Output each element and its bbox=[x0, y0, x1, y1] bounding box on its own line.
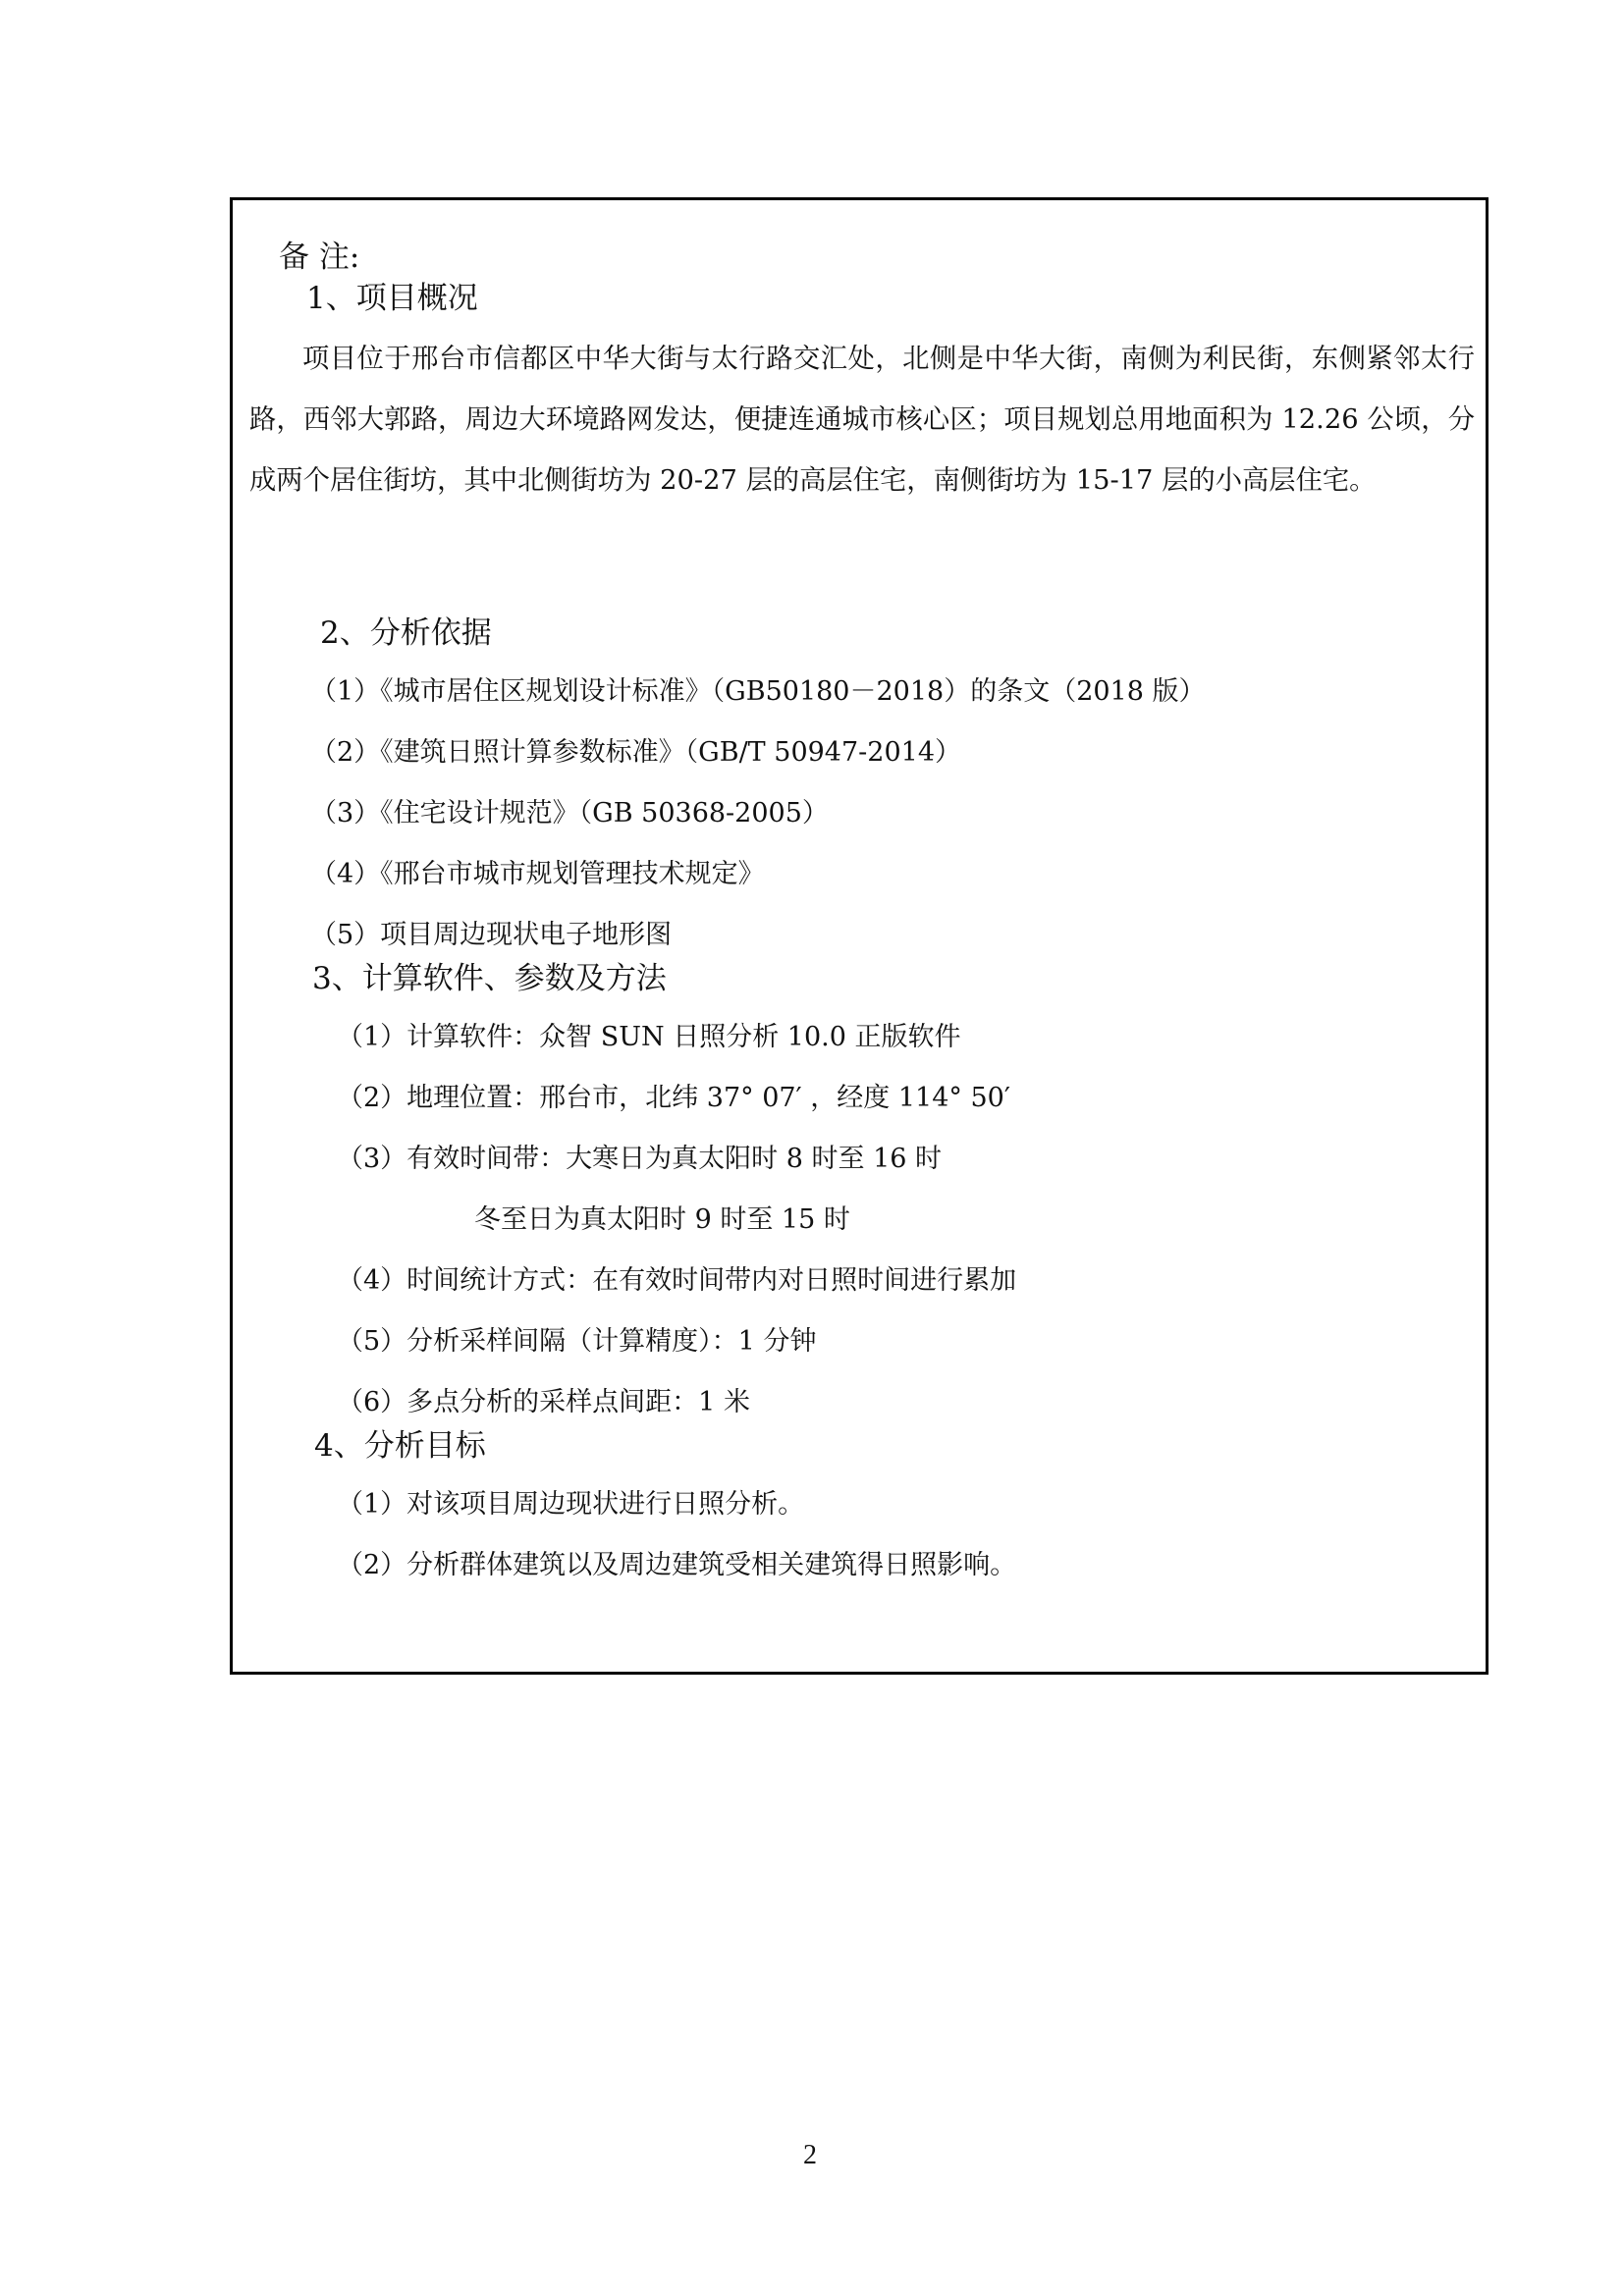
method-item-2: （2）地理位置：邢台市，北纬 37° 07′ ，经度 114° 50′ bbox=[337, 1082, 1010, 1115]
section-1-heading: 1、项目概况 bbox=[306, 280, 478, 317]
method-item-6: （6）多点分析的采样点间距：1 米 bbox=[337, 1386, 750, 1419]
method-item-1: （1）计算软件：众智 SUN 日照分析 10.0 正版软件 bbox=[337, 1021, 961, 1054]
goal-item-2: （2）分析群体建筑以及周边建筑受相关建筑得日照影响。 bbox=[337, 1549, 1016, 1582]
section-3-heading: 3、计算软件、参数及方法 bbox=[312, 960, 667, 997]
method-item-3: （3）有效时间带：大寒日为真太阳时 8 时至 16 时 bbox=[337, 1143, 942, 1176]
basis-item-3: （3）《住宅设计规范》（GB 50368-2005） bbox=[310, 797, 829, 830]
basis-item-5: （5）项目周边现状电子地形图 bbox=[310, 919, 672, 952]
goal-item-1: （1）对该项目周边现状进行日照分析。 bbox=[337, 1488, 804, 1522]
basis-item-4: （4）《邢台市城市规划管理技术规定》 bbox=[310, 858, 765, 891]
method-item-4: （4）时间统计方式：在有效时间带内对日照时间进行累加 bbox=[337, 1264, 1016, 1298]
remarks-label: 备 注: bbox=[279, 239, 359, 276]
section-2-heading: 2、分析依据 bbox=[320, 614, 492, 652]
basis-item-2: （2）《建筑日照计算参数标准》（GB/T 50947-2014） bbox=[310, 736, 961, 770]
section-1-paragraph: 项目位于邢台市信都区中华大街与太行路交汇处，北侧是中华大街，南侧为利民街，东侧紧… bbox=[249, 329, 1475, 511]
section-4-heading: 4、分析目标 bbox=[314, 1427, 486, 1465]
basis-item-1: （1）《城市居住区规划设计标准》（GB50180－2018）的条文（2018 版… bbox=[310, 675, 1206, 709]
page-number: 2 bbox=[803, 2140, 817, 2171]
method-item-3-continued: 冬至日为真太阳时 9 时至 15 时 bbox=[474, 1203, 850, 1237]
method-item-5: （5）分析采样间隔（计算精度）：1 分钟 bbox=[337, 1325, 816, 1359]
